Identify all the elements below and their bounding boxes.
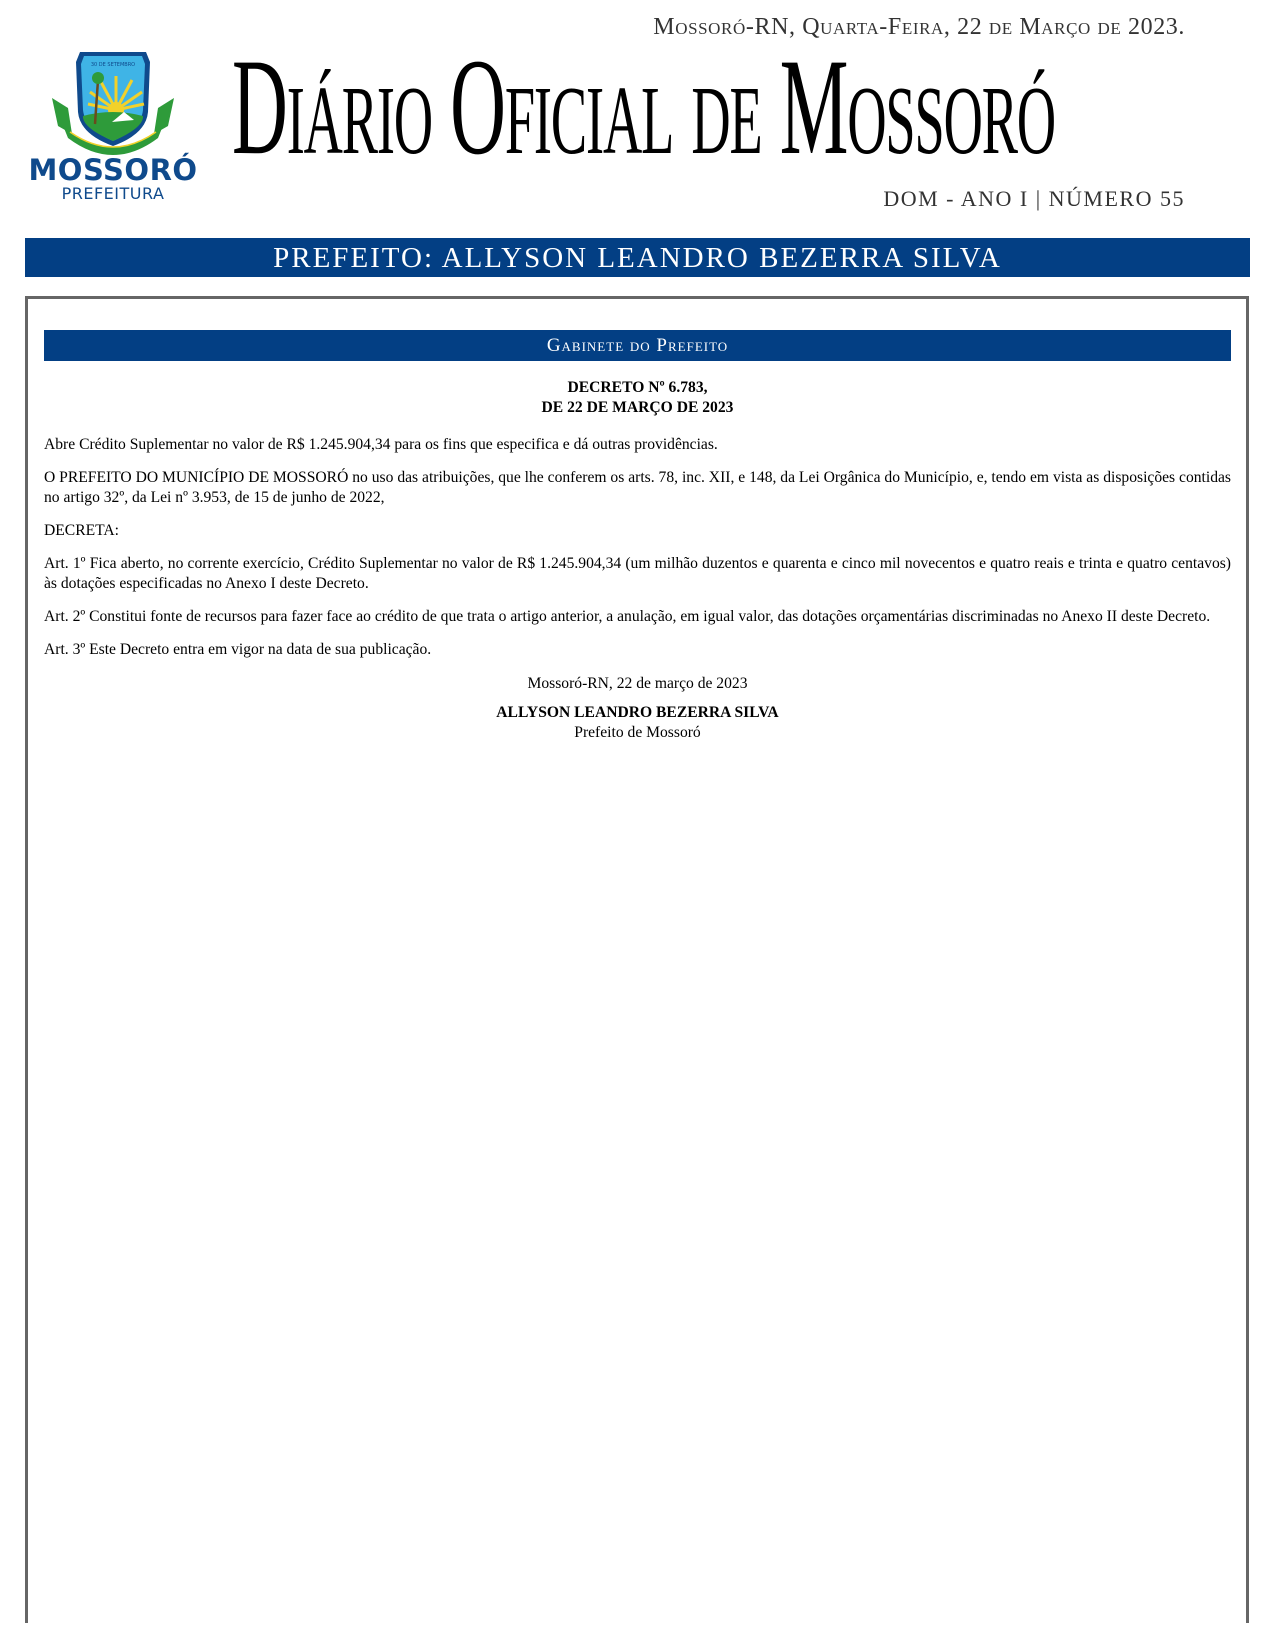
article-3: Art. 3º Este Decreto entra em vigor na d… xyxy=(44,640,1231,660)
svg-text:30 DE SETEMBRO: 30 DE SETEMBRO xyxy=(91,62,135,68)
mayor-banner: PREFEITO: ALLYSON LEANDRO BEZERRA SILVA xyxy=(25,238,1250,277)
decree-preamble: O PREFEITO DO MUNICÍPIO DE MOSSORÓ no us… xyxy=(44,468,1231,508)
logo-wordmark: MOSSORÓ xyxy=(22,154,204,186)
logo-subtitle: PREFEITURA xyxy=(22,185,204,203)
article-1: Art. 1º Fica aberto, no corrente exercíc… xyxy=(44,554,1231,594)
section-header: Gabinete do Prefeito xyxy=(44,330,1231,361)
mayor-banner-text: PREFEITO: ALLYSON LEANDRO BEZERRA SILVA xyxy=(273,242,1002,274)
decree-body: DECRETO Nº 6.783, DE 22 DE MARÇO DE 2023… xyxy=(44,378,1231,743)
decree-summary: Abre Crédito Suplementar no valor de R$ … xyxy=(44,435,1231,455)
signatory-role: Prefeito de Mossoró xyxy=(44,723,1231,743)
masthead-title: Diário Oficial de Mossoró xyxy=(232,42,1254,172)
section-title: Gabinete do Prefeito xyxy=(547,335,728,356)
article-2: Art. 2º Constitui fonte de recursos para… xyxy=(44,607,1231,627)
prefeitura-logo: 30 DE SETEMBRO MOSSORÓ PREFEITURA xyxy=(22,46,204,206)
decree-date: DE 22 DE MARÇO DE 2023 xyxy=(44,398,1231,418)
signatory-name: ALLYSON LEANDRO BEZERRA SILVA xyxy=(44,703,1231,723)
place-date: Mossoró-RN, 22 de março de 2023 xyxy=(44,674,1231,694)
decreta-label: DECRETA: xyxy=(44,521,1231,541)
coat-of-arms-icon: 30 DE SETEMBRO xyxy=(50,46,176,156)
issue-number: DOM - ANO I | NÚMERO 55 xyxy=(883,186,1185,212)
decree-number: DECRETO Nº 6.783, xyxy=(44,378,1231,398)
